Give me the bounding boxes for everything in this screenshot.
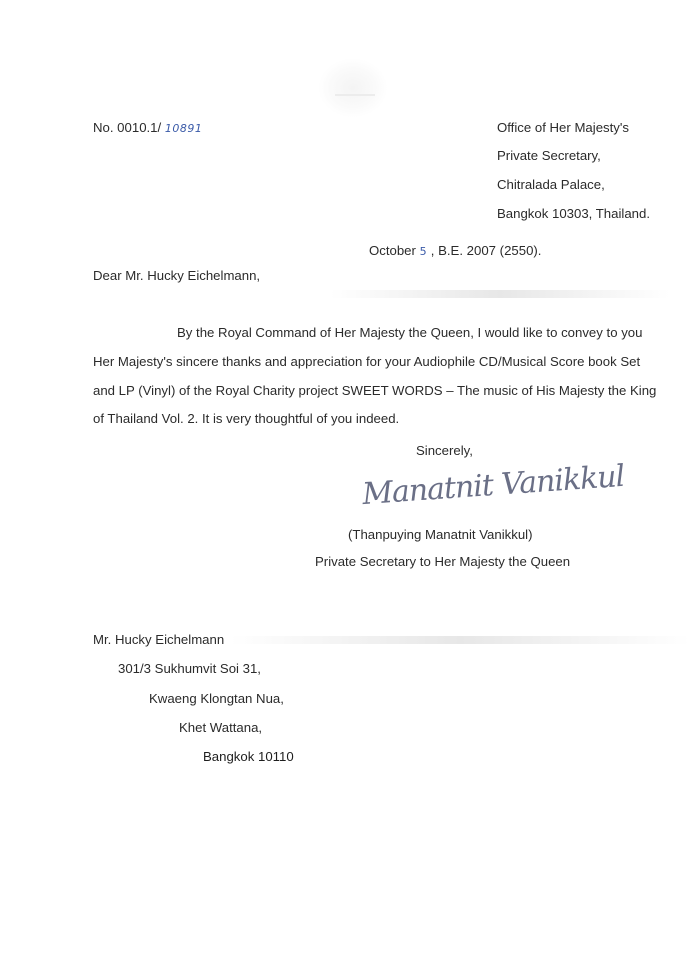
sender-address-line-4: Bangkok 10303, Thailand. <box>497 206 650 221</box>
emblem-detail <box>335 94 375 96</box>
signatory-title: Private Secretary to Her Majesty the Que… <box>315 554 570 569</box>
salutation: Dear Mr. Hucky Eichelmann, <box>93 268 260 283</box>
handwritten-reference: 10891 <box>165 122 203 135</box>
date-year: , B.E. 2007 (2550). <box>431 243 542 258</box>
handwritten-day: 5 <box>420 245 428 258</box>
reference-number: No. 0010.1/ 10891 <box>93 120 202 135</box>
scan-smudge <box>330 290 670 298</box>
handwritten-signature: Manatnit Vanikkul <box>361 459 625 512</box>
embossed-emblem <box>318 58 388 118</box>
recipient-street: 301/3 Sukhumvit Soi 31, <box>118 661 261 676</box>
sender-address-line-3: Chitralada Palace, <box>497 177 605 192</box>
scan-smudge <box>230 636 690 644</box>
body-line-4: of Thailand Vol. 2. It is very thoughtfu… <box>93 411 399 426</box>
sender-address-line-1: Office of Her Majesty's <box>497 120 629 135</box>
recipient-name: Mr. Hucky Eichelmann <box>93 632 224 647</box>
sender-address-line-2: Private Secretary, <box>497 148 601 163</box>
letter-date: October 5 , B.E. 2007 (2550). <box>369 243 541 258</box>
signatory-name: (Thanpuying Manatnit Vanikkul) <box>348 527 532 542</box>
reference-prefix: No. 0010.1/ <box>93 120 161 135</box>
body-line-1: By the Royal Command of Her Majesty the … <box>177 325 642 340</box>
recipient-subdistrict: Kwaeng Klongtan Nua, <box>149 691 284 706</box>
recipient-district: Khet Wattana, <box>179 720 262 735</box>
closing: Sincerely, <box>416 443 473 458</box>
date-month: October <box>369 243 416 258</box>
body-line-2: Her Majesty's sincere thanks and appreci… <box>93 354 640 369</box>
body-line-3: and LP (Vinyl) of the Royal Charity proj… <box>93 383 656 398</box>
recipient-city: Bangkok 10110 <box>203 749 294 764</box>
